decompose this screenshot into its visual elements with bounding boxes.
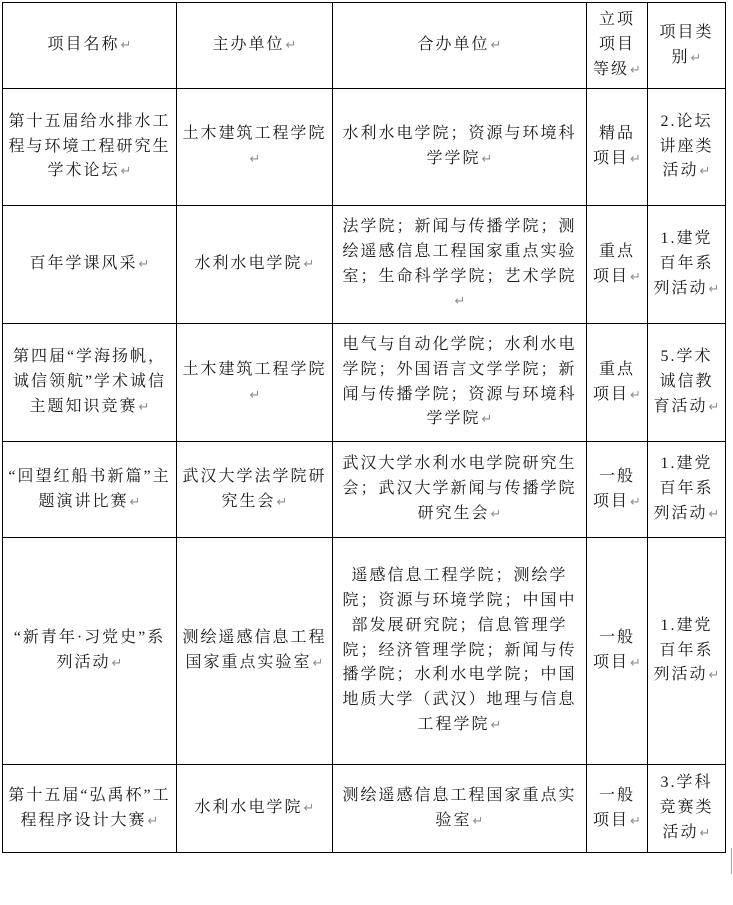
paragraph-mark-icon: ↵ xyxy=(491,38,502,53)
table-row: “回望红船书新篇”主题演讲比赛↵ 武汉大学法学院研究生会↵ 武汉大学水利水电学院… xyxy=(3,442,726,538)
cell-text: 测绘遥感信息工程国家重点实验室 xyxy=(342,787,576,829)
cell-text: 土木建筑工程学院 xyxy=(182,361,326,378)
cell-project-category: 5.学术诚信教育活动↵ xyxy=(648,324,726,442)
paragraph-mark-icon: ↵ xyxy=(112,656,123,671)
cell-text: 水利水电学院 xyxy=(195,255,303,272)
cell-text: 水利水电学院 xyxy=(195,799,303,816)
col-header-project-name: 项目名称↵ xyxy=(3,3,177,89)
paragraph-mark-icon: ↵ xyxy=(630,388,641,403)
cell-co-host-units: 法学院；新闻与传播学院；测绘遥感信息工程国家重点实验室；生命科学学院；艺术学院↵ xyxy=(333,206,587,324)
paragraph-mark-icon: ↵ xyxy=(630,656,641,671)
header-row: 项目名称↵ 主办单位↵ 合办单位↵ 立项项目等级↵ 项目类别↵ xyxy=(3,3,726,89)
table-row: 第四届“学海扬帆，诚信领航”学术诚信主题知识竞赛↵ 土木建筑工程学院↵ 电气与自… xyxy=(3,324,726,442)
cell-host-unit: 土木建筑工程学院↵ xyxy=(177,324,333,442)
paragraph-mark-icon: ↵ xyxy=(491,507,502,522)
col-header-project-category: 项目类别↵ xyxy=(648,3,726,89)
cell-host-unit: 测绘遥感信息工程国家重点实验室↵ xyxy=(177,538,333,765)
cell-text: 一般项目 xyxy=(593,468,635,510)
paragraph-mark-icon: ↵ xyxy=(630,270,641,285)
cell-text: 武汉大学法学院研究生会 xyxy=(182,468,326,510)
cell-text: “新青年·习党史”系列活动 xyxy=(14,629,166,671)
cell-host-unit: 水利水电学院↵ xyxy=(177,206,333,324)
cell-text: 水利水电学院；资源与环境科学学院 xyxy=(342,125,576,167)
paragraph-mark-icon: ↵ xyxy=(709,400,720,415)
cell-project-category: 1.建党百年系列活动↵ xyxy=(648,206,726,324)
cell-co-host-units: 水利水电学院；资源与环境科学学院↵ xyxy=(333,89,587,206)
cell-text: 武汉大学水利水电学院研究生会；武汉大学新闻与传播学院研究生会 xyxy=(342,455,576,522)
cell-project-name: “回望红船书新篇”主题演讲比赛↵ xyxy=(3,442,177,538)
cell-project-name: 第四届“学海扬帆，诚信领航”学术诚信主题知识竞赛↵ xyxy=(3,324,177,442)
paragraph-mark-icon: ↵ xyxy=(130,495,141,510)
paragraph-mark-icon: ↵ xyxy=(304,801,315,816)
cell-project-name: 第十五届“弘禹杯”工程程序设计大赛↵ xyxy=(3,765,177,853)
paragraph-mark-icon: ↵ xyxy=(286,38,297,53)
document-page: 项目名称↵ 主办单位↵ 合办单位↵ 立项项目等级↵ 项目类别↵ 第十五届给水排水… xyxy=(2,2,726,853)
paragraph-mark-icon: ↵ xyxy=(139,400,150,415)
header-text: 合办单位 xyxy=(418,36,490,53)
cell-text: 电气与自动化学院；水利水电学院；外国语言文学学院；新闻与传播学院；资源与环境科学… xyxy=(342,336,576,427)
cell-project-name: 第十五届给水排水工程与环境工程研究生学术论坛↵ xyxy=(3,89,177,206)
paragraph-mark-icon: ↵ xyxy=(630,152,641,167)
cell-text: 5.学术诚信教育活动 xyxy=(654,348,714,415)
cell-host-unit: 水利水电学院↵ xyxy=(177,765,333,853)
header-text: 立项项目等级 xyxy=(593,11,635,78)
cell-text: 百年学课风采 xyxy=(30,255,138,272)
paragraph-mark-icon: ↵ xyxy=(121,38,132,53)
cell-project-level: 一般项目↵ xyxy=(587,442,648,538)
cell-text: 1.建党百年系列活动 xyxy=(654,455,714,522)
table-row: 第十五届“弘禹杯”工程程序设计大赛↵ 水利水电学院↵ 测绘遥感信息工程国家重点实… xyxy=(3,765,726,853)
cell-host-unit: 土木建筑工程学院↵ xyxy=(177,89,333,206)
cell-text: 法学院；新闻与传播学院；测绘遥感信息工程国家重点实验室；生命科学学院；艺术学院 xyxy=(342,218,576,285)
table-row: “新青年·习党史”系列活动↵ 测绘遥感信息工程国家重点实验室↵ 遥感信息工程学院… xyxy=(3,538,726,765)
paragraph-mark-icon: ↵ xyxy=(250,152,261,167)
paragraph-mark-icon: ↵ xyxy=(250,388,261,403)
cell-project-category: 2.论坛讲座类活动↵ xyxy=(648,89,726,206)
paragraph-mark-icon: ↵ xyxy=(313,656,324,671)
header-text: 主办单位 xyxy=(213,36,285,53)
paragraph-mark-icon: ↵ xyxy=(630,495,641,510)
cell-text: 第十五届给水排水工程与环境工程研究生学术论坛 xyxy=(8,113,170,180)
paragraph-mark-icon: ↵ xyxy=(473,814,484,829)
cell-text: 土木建筑工程学院 xyxy=(182,125,326,142)
col-header-project-level: 立项项目等级↵ xyxy=(587,3,648,89)
cell-project-level: 一般项目↵ xyxy=(587,538,648,765)
cell-host-unit: 武汉大学法学院研究生会↵ xyxy=(177,442,333,538)
cell-co-host-units: 武汉大学水利水电学院研究生会；武汉大学新闻与传播学院研究生会↵ xyxy=(333,442,587,538)
cell-project-level: 重点项目↵ xyxy=(587,324,648,442)
paragraph-mark-icon: ↵ xyxy=(121,164,132,179)
cell-project-level: 一般项目↵ xyxy=(587,765,648,853)
cell-project-level: 精品项目↵ xyxy=(587,89,648,206)
cell-co-host-units: 遥感信息工程学院；测绘学院；资源与环境学院；中国中部发展研究院；信息管理学院；经… xyxy=(333,538,587,765)
paragraph-mark-icon: ↵ xyxy=(630,63,641,78)
paragraph-mark-icon: ↵ xyxy=(691,51,702,66)
table-row: 第十五届给水排水工程与环境工程研究生学术论坛↵ 土木建筑工程学院↵ 水利水电学院… xyxy=(3,89,726,206)
cell-project-name: “新青年·习党史”系列活动↵ xyxy=(3,538,177,765)
cell-text: 测绘遥感信息工程国家重点实验室 xyxy=(182,629,326,671)
paragraph-mark-icon: ↵ xyxy=(455,294,466,309)
paragraph-mark-icon: ↵ xyxy=(139,257,150,272)
cell-co-host-units: 电气与自动化学院；水利水电学院；外国语言文学学院；新闻与传播学院；资源与环境科学… xyxy=(333,324,587,442)
cell-project-category: 3.学科竞赛类活动↵ xyxy=(648,765,726,853)
cell-co-host-units: 测绘遥感信息工程国家重点实验室↵ xyxy=(333,765,587,853)
paragraph-mark-icon: ↵ xyxy=(482,412,493,427)
cell-text: 1.建党百年系列活动 xyxy=(654,230,714,297)
cell-text: 精品项目 xyxy=(593,125,635,167)
paragraph-mark-icon: ↵ xyxy=(304,257,315,272)
paragraph-mark-icon: ↵ xyxy=(277,495,288,510)
page-edge-mark xyxy=(731,848,732,874)
paragraph-mark-icon: ↵ xyxy=(700,826,711,841)
cell-text: 重点项目 xyxy=(593,361,635,403)
cell-text: 一般项目 xyxy=(593,787,635,829)
cell-text: 1.建党百年系列活动 xyxy=(654,617,714,684)
cell-text: 第十五届“弘禹杯”工程程序设计大赛 xyxy=(8,787,170,829)
cell-project-name: 百年学课风采↵ xyxy=(3,206,177,324)
header-text: 项目类别 xyxy=(659,24,713,66)
paragraph-mark-icon: ↵ xyxy=(491,718,502,733)
paragraph-mark-icon: ↵ xyxy=(482,152,493,167)
project-approval-table: 项目名称↵ 主办单位↵ 合办单位↵ 立项项目等级↵ 项目类别↵ 第十五届给水排水… xyxy=(2,2,726,853)
cell-text: 遥感信息工程学院；测绘学院；资源与环境学院；中国中部发展研究院；信息管理学院；经… xyxy=(342,567,576,733)
cell-text: “回望红船书新篇”主题演讲比赛 xyxy=(8,468,170,510)
col-header-co-host-unit: 合办单位↵ xyxy=(333,3,587,89)
paragraph-mark-icon: ↵ xyxy=(709,282,720,297)
cell-text: 一般项目 xyxy=(593,629,635,671)
paragraph-mark-icon: ↵ xyxy=(709,668,720,683)
cell-project-category: 1.建党百年系列活动↵ xyxy=(648,442,726,538)
table-row: 百年学课风采↵ 水利水电学院↵ 法学院；新闻与传播学院；测绘遥感信息工程国家重点… xyxy=(3,206,726,324)
paragraph-mark-icon: ↵ xyxy=(148,814,159,829)
paragraph-mark-icon: ↵ xyxy=(700,164,711,179)
col-header-host-unit: 主办单位↵ xyxy=(177,3,333,89)
paragraph-mark-icon: ↵ xyxy=(630,814,641,829)
cell-text: 重点项目 xyxy=(593,243,635,285)
cell-project-level: 重点项目↵ xyxy=(587,206,648,324)
paragraph-mark-icon: ↵ xyxy=(709,507,720,522)
header-text: 项目名称 xyxy=(48,36,120,53)
cell-project-category: 1.建党百年系列活动↵ xyxy=(648,538,726,765)
